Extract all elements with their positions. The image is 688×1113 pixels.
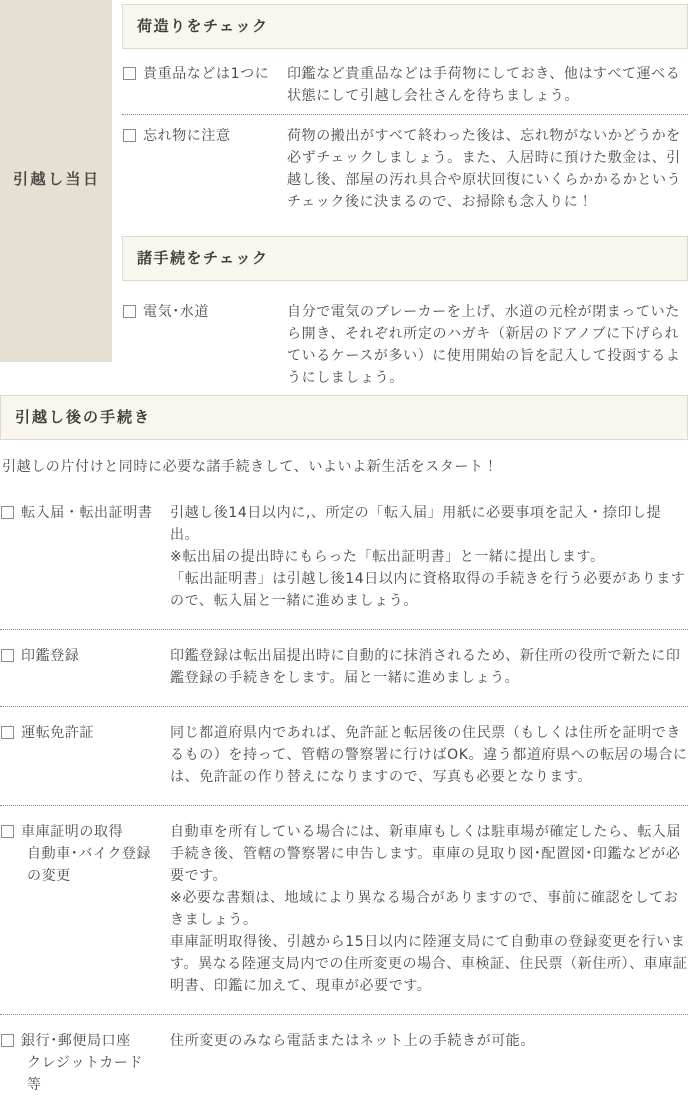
checklist-item-description: 引越し後14日以内に,、所定の「転入届」用紙に必要事項を記入・捺印し提出。 ※転… bbox=[170, 502, 688, 612]
item-checkbox[interactable] bbox=[123, 305, 136, 318]
checklist-item: 転入届・転出証明書 引越し後14日以内に,、所定の「転入届」用紙に必要事項を記入… bbox=[0, 487, 688, 630]
item-checkbox[interactable] bbox=[1, 825, 14, 838]
checklist-item-description: 自動車を所有している場合には、新車庫もしくは駐車場が確定したら、転入届手続き後、… bbox=[170, 821, 688, 997]
checklist-item-description: 住所変更のみなら電話またはネット上の手続きが可能。 bbox=[170, 1030, 688, 1052]
checklist-item-description: 印鑑など貴重品などは手荷物にしておき、他はすべて運べる状態にして引越し会社さんを… bbox=[287, 63, 688, 107]
item-checkbox[interactable] bbox=[1, 649, 14, 662]
checklist-item-label: 貴重品などは1つに bbox=[143, 63, 287, 85]
checklist-item: 運転免許証 同じ都道府県内であれば、免許証と転居後の住民票（もしくは住所を証明で… bbox=[0, 707, 688, 806]
checklist-item-description: 荷物の搬出がすべて終わった後は、忘れ物がないかどうかを必ずチェックしましょう。ま… bbox=[287, 125, 688, 213]
checklist-item-label: 電気･水道 bbox=[143, 301, 287, 323]
checklist-item: 車庫証明の取得 自動車･バイク登録 の変更 自動車を所有している場合には、新車庫… bbox=[0, 806, 688, 1015]
after-moving-heading: 引越し後の手続き bbox=[0, 395, 688, 440]
after-moving-checklist: 転入届・転出証明書 引越し後14日以内に,、所定の「転入届」用紙に必要事項を記入… bbox=[0, 487, 688, 1113]
procedures-check-heading: 諸手続をチェック bbox=[122, 236, 688, 281]
checklist-item-description: 同じ都道府県内であれば、免許証と転居後の住民票（もしくは住所を証明できるもの）を… bbox=[170, 722, 688, 788]
checklist-item-label: 忘れ物に注意 bbox=[143, 125, 287, 147]
checklist-item-label: 車庫証明の取得 自動車･バイク登録 の変更 bbox=[21, 821, 170, 887]
checklist-item-label: 転入届・転出証明書 bbox=[21, 502, 170, 524]
moving-day-sidebar: 引越し当日 bbox=[0, 0, 112, 362]
checklist-item-label: 運転免許証 bbox=[21, 722, 170, 744]
item-checkbox[interactable] bbox=[123, 67, 136, 80]
checklist-item-description: 自分で電気のブレーカーを上げ、水道の元栓が閉まっていたら開き、それぞれ所定のハガ… bbox=[287, 301, 688, 389]
item-checkbox[interactable] bbox=[1, 506, 14, 519]
moving-day-section: 引越し当日 荷造りをチェック 貴重品などは1つに 印鑑など貴重品などは手荷物にし… bbox=[0, 0, 688, 389]
moving-checklist-page: 引越し当日 荷造りをチェック 貴重品などは1つに 印鑑など貴重品などは手荷物にし… bbox=[0, 0, 688, 1113]
checklist-item: 貴重品などは1つに 印鑑など貴重品などは手荷物にしておき、他はすべて運べる状態に… bbox=[122, 49, 688, 114]
item-checkbox[interactable] bbox=[1, 726, 14, 739]
checklist-item-label: 銀行･郵便局口座 クレジットカード 等 bbox=[21, 1030, 170, 1096]
checklist-item: 印鑑登録 印鑑登録は転出届提出時に自動的に抹消されるため、新住所の役所で新たに印… bbox=[0, 630, 688, 707]
packing-check-heading: 荷造りをチェック bbox=[122, 4, 688, 49]
moving-day-label: 引越し当日 bbox=[0, 168, 112, 190]
item-checkbox[interactable] bbox=[1, 1034, 14, 1047]
checklist-item: 忘れ物に注意 荷物の搬出がすべて終わった後は、忘れ物がないかどうかを必ずチェック… bbox=[122, 115, 688, 213]
moving-day-content: 荷造りをチェック 貴重品などは1つに 印鑑など貴重品などは手荷物にしておき、他は… bbox=[122, 0, 688, 389]
after-moving-section: 引越し後の手続き 引越しの片付けと同時に必要な諸手続きして、いよいよ新生活をスタ… bbox=[0, 395, 688, 1113]
checklist-item-description: 印鑑登録は転出届提出時に自動的に抹消されるため、新住所の役所で新たに印鑑登録の手… bbox=[170, 645, 688, 689]
after-moving-intro: 引越しの片付けと同時に必要な諸手続きして、いよいよ新生活をスタート！ bbox=[2, 456, 688, 478]
checklist-item-label: 印鑑登録 bbox=[21, 645, 170, 667]
item-checkbox[interactable] bbox=[123, 129, 136, 142]
checklist-item: 電気･水道 自分で電気のブレーカーを上げ、水道の元栓が閉まっていたら開き、それぞ… bbox=[122, 281, 688, 389]
